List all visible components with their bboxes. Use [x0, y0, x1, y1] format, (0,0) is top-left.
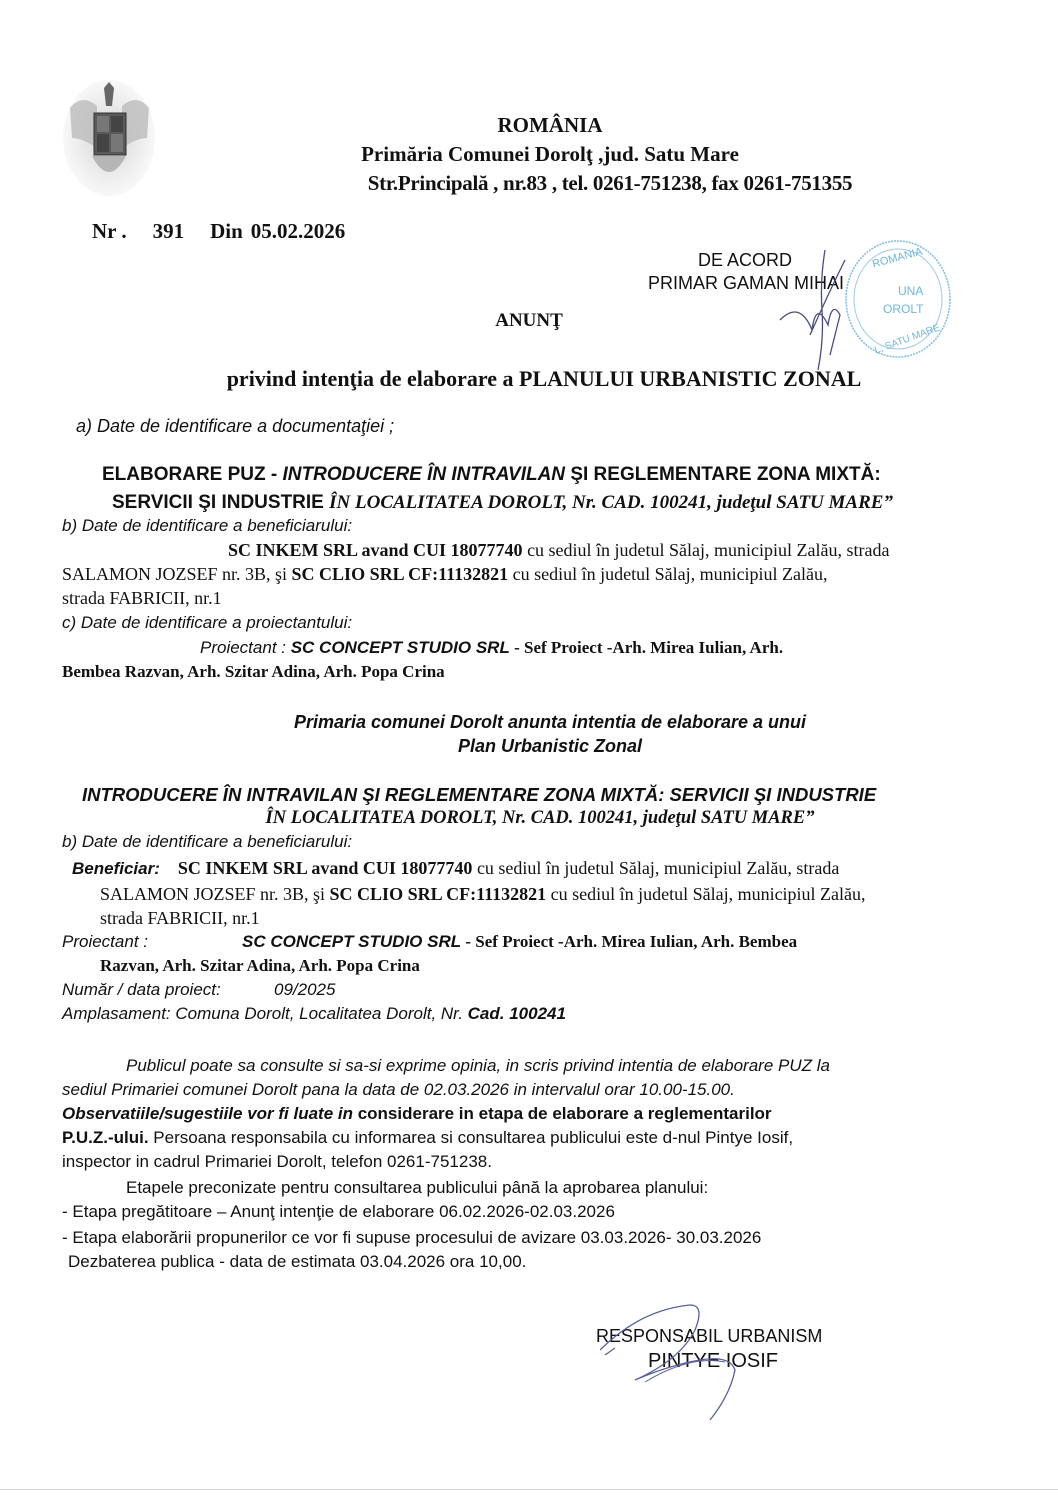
location-line: Amplasament: Comuna Dorolt, Localitatea … [62, 1004, 566, 1024]
project-number-label: Număr / data proiect: [62, 980, 221, 1000]
announcement-beneficiary-line-1: Beneficiar:SC INKEM SRL avand CUI 180777… [72, 858, 839, 879]
responsible-signature-icon [600, 1300, 800, 1450]
announcement-designer-line-1: SC CONCEPT STUDIO SRL - Sef Proiect -Arh… [242, 932, 797, 952]
announcement-intro-2: Plan Urbanistic Zonal [0, 736, 1058, 757]
consultation-line-3: Observatiile/sugestiile vor fi luate in … [62, 1104, 772, 1124]
announcement-beneficiary-line-3: strada FABRICII, nr.1 [100, 908, 260, 929]
section-b-label: b) Date de identificare a beneficiarului… [62, 516, 352, 536]
consultation-line-5: inspector in cadrul Primariei Dorolt, te… [62, 1152, 492, 1172]
nr-label: Nr . [92, 219, 127, 243]
coat-of-arms-icon [62, 78, 157, 198]
announcement-section-b: b) Date de identificare a beneficiarului… [62, 832, 352, 852]
announcement-title-2: ÎN LOCALITATEA DOROLT, Nr. CAD. 100241, … [0, 808, 1058, 829]
announcement-beneficiary-line-2: SALAMON JOZSEF nr. 3B, şi SC CLIO SRL CF… [100, 884, 866, 905]
beneficiary-line-1: SC INKEM SRL avand CUI 18077740 cu sediu… [228, 540, 889, 561]
announcement-title-1: INTRODUCERE ÎN INTRAVILAN ŞI REGLEMENTAR… [82, 784, 876, 806]
project-number-value: 09/2025 [274, 980, 335, 1000]
consultation-line-4: P.U.Z.-ului. Persoana responsabila cu in… [62, 1128, 793, 1148]
din-label: Din [210, 219, 243, 243]
stages-intro: Etapele preconizate pentru consultarea p… [126, 1178, 708, 1198]
public-debate: Dezbaterea publica - data de estimata 03… [68, 1252, 526, 1272]
section-c-label: c) Date de identificare a proiectantului… [62, 613, 352, 633]
consultation-line-2: sediul Primariei comunei Dorolt pana la … [62, 1080, 735, 1100]
stage-item: - Etapa pregătitoare – Anunţ intenţie de… [62, 1202, 615, 1222]
section-a-label: a) Date de identificare a documentaţiei … [76, 416, 394, 437]
stage-item: - Etapa elaborării propunerilor ce vor f… [62, 1228, 761, 1248]
announcement-designer-line-2: Razvan, Arh. Szitar Adina, Arh. Popa Cri… [100, 956, 420, 976]
svg-text:UNA: UNA [898, 284, 923, 298]
notice-subtitle: privind intenţia de elaborare a PLANULUI… [0, 366, 1058, 392]
header-country: ROMÂNIA [270, 113, 830, 138]
header-institution: Primăria Comunei Dorolţ ,jud. Satu Mare [270, 142, 830, 167]
notice-title: ANUNŢ [0, 310, 1058, 332]
consultation-line-1: Publicul poate sa consulte si sa-si expr… [126, 1056, 830, 1076]
registration-date: 05.02.2026 [251, 219, 346, 243]
beneficiary-line-2: SALAMON JOZSEF nr. 3B, şi SC CLIO SRL CF… [62, 564, 828, 585]
header-address: Str.Principală , nr.83 , tel. 0261-75123… [300, 171, 920, 196]
nr-value: 391 [153, 219, 185, 243]
project-title-line-2: SERVICII ŞI INDUSTRIE ÎN LOCALITATEA DOR… [112, 492, 893, 514]
designer-line-1: Proiectant : SC CONCEPT STUDIO SRL - Sef… [200, 638, 783, 658]
announcement-intro-1: Primaria comunei Dorolt anunta intentia … [0, 712, 1058, 733]
beneficiary-line-3: strada FABRICII, nr.1 [62, 588, 222, 609]
registration-number: Nr .391Din05.02.2026 [92, 219, 371, 244]
scan-edge [0, 1489, 1058, 1490]
designer-line-2: Bembea Razvan, Arh. Szitar Adina, Arh. P… [62, 662, 445, 682]
project-title-line-1: ELABORARE PUZ - INTRODUCERE ÎN INTRAVILA… [102, 464, 881, 486]
announcement-designer-label: Proiectant : [62, 932, 148, 952]
